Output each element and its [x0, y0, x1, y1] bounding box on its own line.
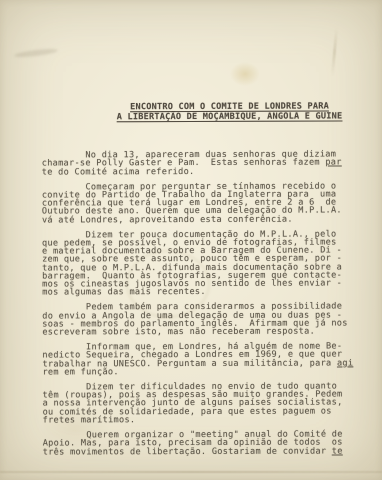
paragraph: Dizem ter pouca documentação do M.P.L.A.…	[42, 230, 362, 297]
scanned-document-page: ENCONTRO COM O COMITE DE LONDRES PARA A …	[0, 0, 382, 480]
document-content: ENCONTRO COM O COMITE DE LONDRES PARA A …	[0, 0, 382, 480]
text-line: mos algumas das mais recentes.	[42, 288, 362, 297]
paragraph: Informam que, em Londres, há alguém de n…	[42, 343, 362, 377]
paragraph: Começaram por perguntar se tínhamos rece…	[42, 182, 362, 224]
paragraph: Pedem também para considerarmos a possib…	[42, 303, 362, 337]
paragraph: No dia 13, apareceram duas senhoras que …	[42, 150, 362, 176]
document-body: No dia 13, apareceram duas senhoras que …	[42, 150, 363, 463]
text-line: te do Comité acima referido.	[42, 167, 362, 176]
text-line: escreveram sobre isto, mas não receberam…	[42, 328, 362, 337]
paragraph: Dizem ter dificuldades no envio de tudo …	[43, 382, 363, 424]
title-line-2: A LIBERTAÇÃO DE MOÇAMBIQUE, ANGOLA E GUI…	[78, 112, 382, 123]
text-line: vá até Londres, aproveitando esta confer…	[42, 215, 362, 224]
text-line: três movimentos de libertação. Gostariam…	[43, 447, 363, 456]
text-line: rem em função.	[42, 367, 362, 376]
text-line: fretes marítimos.	[43, 415, 363, 424]
document-title: ENCONTRO COM O COMITE DE LONDRES PARA A …	[78, 102, 382, 123]
paragraph: Querem organizar o "meeting" anual do Co…	[43, 430, 363, 456]
